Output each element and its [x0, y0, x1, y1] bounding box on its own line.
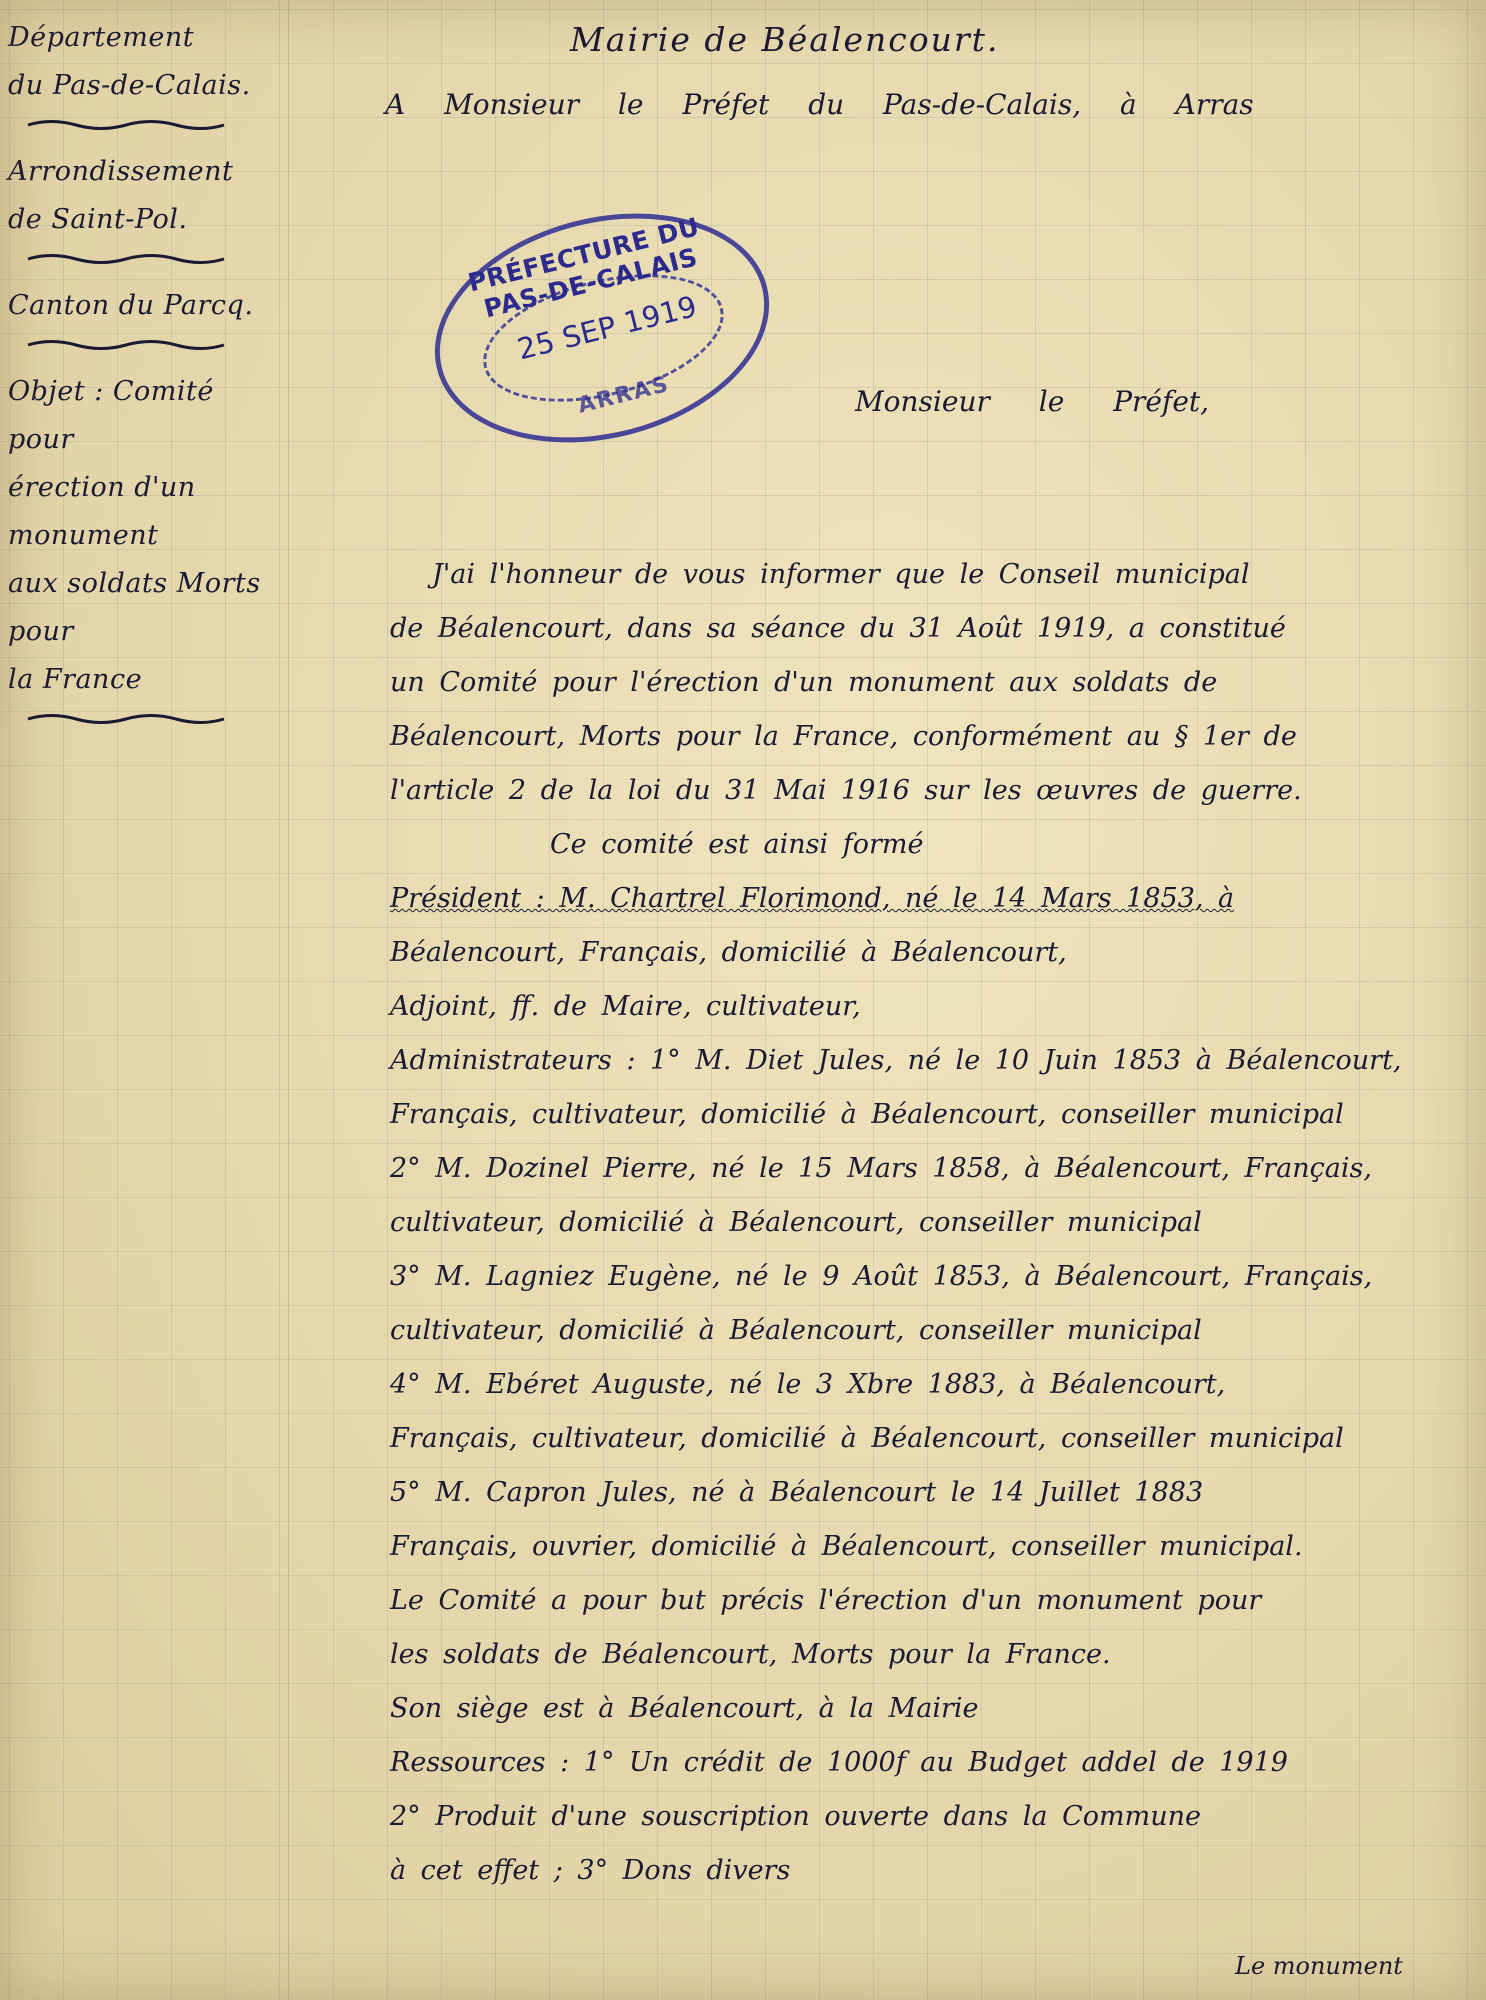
body-line-administrateurs: Administrateurs : 1° M. Diet Jules, né l… [390, 1034, 1450, 1088]
body-line-president: Président : M. Chartrel Florimond, né le… [390, 872, 1450, 926]
body-line: 2° M. Dozinel Pierre, né le 15 Mars 1858… [390, 1142, 1450, 1196]
arrondissement-block: Arrondissement de Saint-Pol. [8, 148, 288, 244]
body-line: J'ai l'honneur de vous informer que le C… [390, 548, 1450, 602]
body-line: Français, cultivateur, domicilié à Béale… [390, 1088, 1450, 1142]
letterhead-title: Mairie de Béalencourt. [570, 20, 999, 59]
wavy-divider-icon [26, 118, 226, 132]
arrondissement-line-1: Arrondissement [8, 148, 288, 196]
canton-line-1: Canton du Parcq. [8, 282, 288, 330]
page-catchword: Le monument [1235, 1952, 1403, 1980]
objet-block: Objet : Comité pour érection d'un monume… [8, 368, 288, 704]
addressee-line: A Monsieur le Préfet du Pas-de-Calais, à… [385, 88, 1445, 121]
body-line: à cet effet ; 3° Dons divers [390, 1844, 1450, 1898]
canton-block: Canton du Parcq. [8, 282, 288, 330]
body-line: Béalencourt, Morts pour la France, confo… [390, 710, 1450, 764]
body-line: 5° M. Capron Jules, né à Béalencourt le … [390, 1466, 1450, 1520]
body-line: un Comité pour l'érection d'un monument … [390, 656, 1450, 710]
margin-rule [288, 0, 289, 2000]
letter-body: J'ai l'honneur de vous informer que le C… [390, 548, 1450, 1898]
body-line: cultivateur, domicilié à Béalencourt, co… [390, 1304, 1450, 1358]
objet-line-1: Objet : Comité pour [8, 368, 288, 464]
objet-line-3: aux soldats Morts pour [8, 560, 288, 656]
arrondissement-line-2: de Saint-Pol. [8, 196, 288, 244]
body-line: Béalencourt, Français, domicilié à Béale… [390, 926, 1450, 980]
body-line: Adjoint, ff. de Maire, cultivateur, [390, 980, 1450, 1034]
objet-line-4: la France [8, 656, 288, 704]
body-line: 4° M. Ebéret Auguste, né le 3 Xbre 1883,… [390, 1358, 1450, 1412]
body-line: Son siège est à Béalencourt, à la Mairie [390, 1682, 1450, 1736]
wavy-divider-icon [26, 338, 226, 352]
body-line: Ce comité est ainsi formé [390, 818, 1450, 872]
body-line: Français, ouvrier, domicilié à Béalencou… [390, 1520, 1450, 1574]
departement-block: Département du Pas-de-Calais. [8, 14, 288, 110]
body-line: cultivateur, domicilié à Béalencourt, co… [390, 1196, 1450, 1250]
body-line: Le Comité a pour but précis l'érection d… [390, 1574, 1450, 1628]
prefecture-stamp: PRÉFECTURE DU PAS-DE-CALAIS 25 SEP 1919 … [410, 180, 793, 476]
body-line: les soldats de Béalencourt, Morts pour l… [390, 1628, 1450, 1682]
salutation: Monsieur le Préfet, [855, 385, 1209, 418]
margin-column: Département du Pas-de-Calais. Arrondisse… [8, 14, 288, 742]
body-line: Ressources : 1° Un crédit de 1000f au Bu… [390, 1736, 1450, 1790]
departement-line-2: du Pas-de-Calais. [8, 62, 288, 110]
departement-line-1: Département [8, 14, 288, 62]
body-line: de Béalencourt, dans sa séance du 31 Aoû… [390, 602, 1450, 656]
body-line: 3° M. Lagniez Eugène, né le 9 Août 1853,… [390, 1250, 1450, 1304]
wavy-divider-icon [26, 712, 226, 726]
wavy-divider-icon [26, 252, 226, 266]
body-line: Français, cultivateur, domicilié à Béale… [390, 1412, 1450, 1466]
body-line: 2° Produit d'une souscription ouverte da… [390, 1790, 1450, 1844]
body-line: l'article 2 de la loi du 31 Mai 1916 sur… [390, 764, 1450, 818]
objet-line-2: érection d'un monument [8, 464, 288, 560]
letter-page: Département du Pas-de-Calais. Arrondisse… [0, 0, 1486, 2000]
